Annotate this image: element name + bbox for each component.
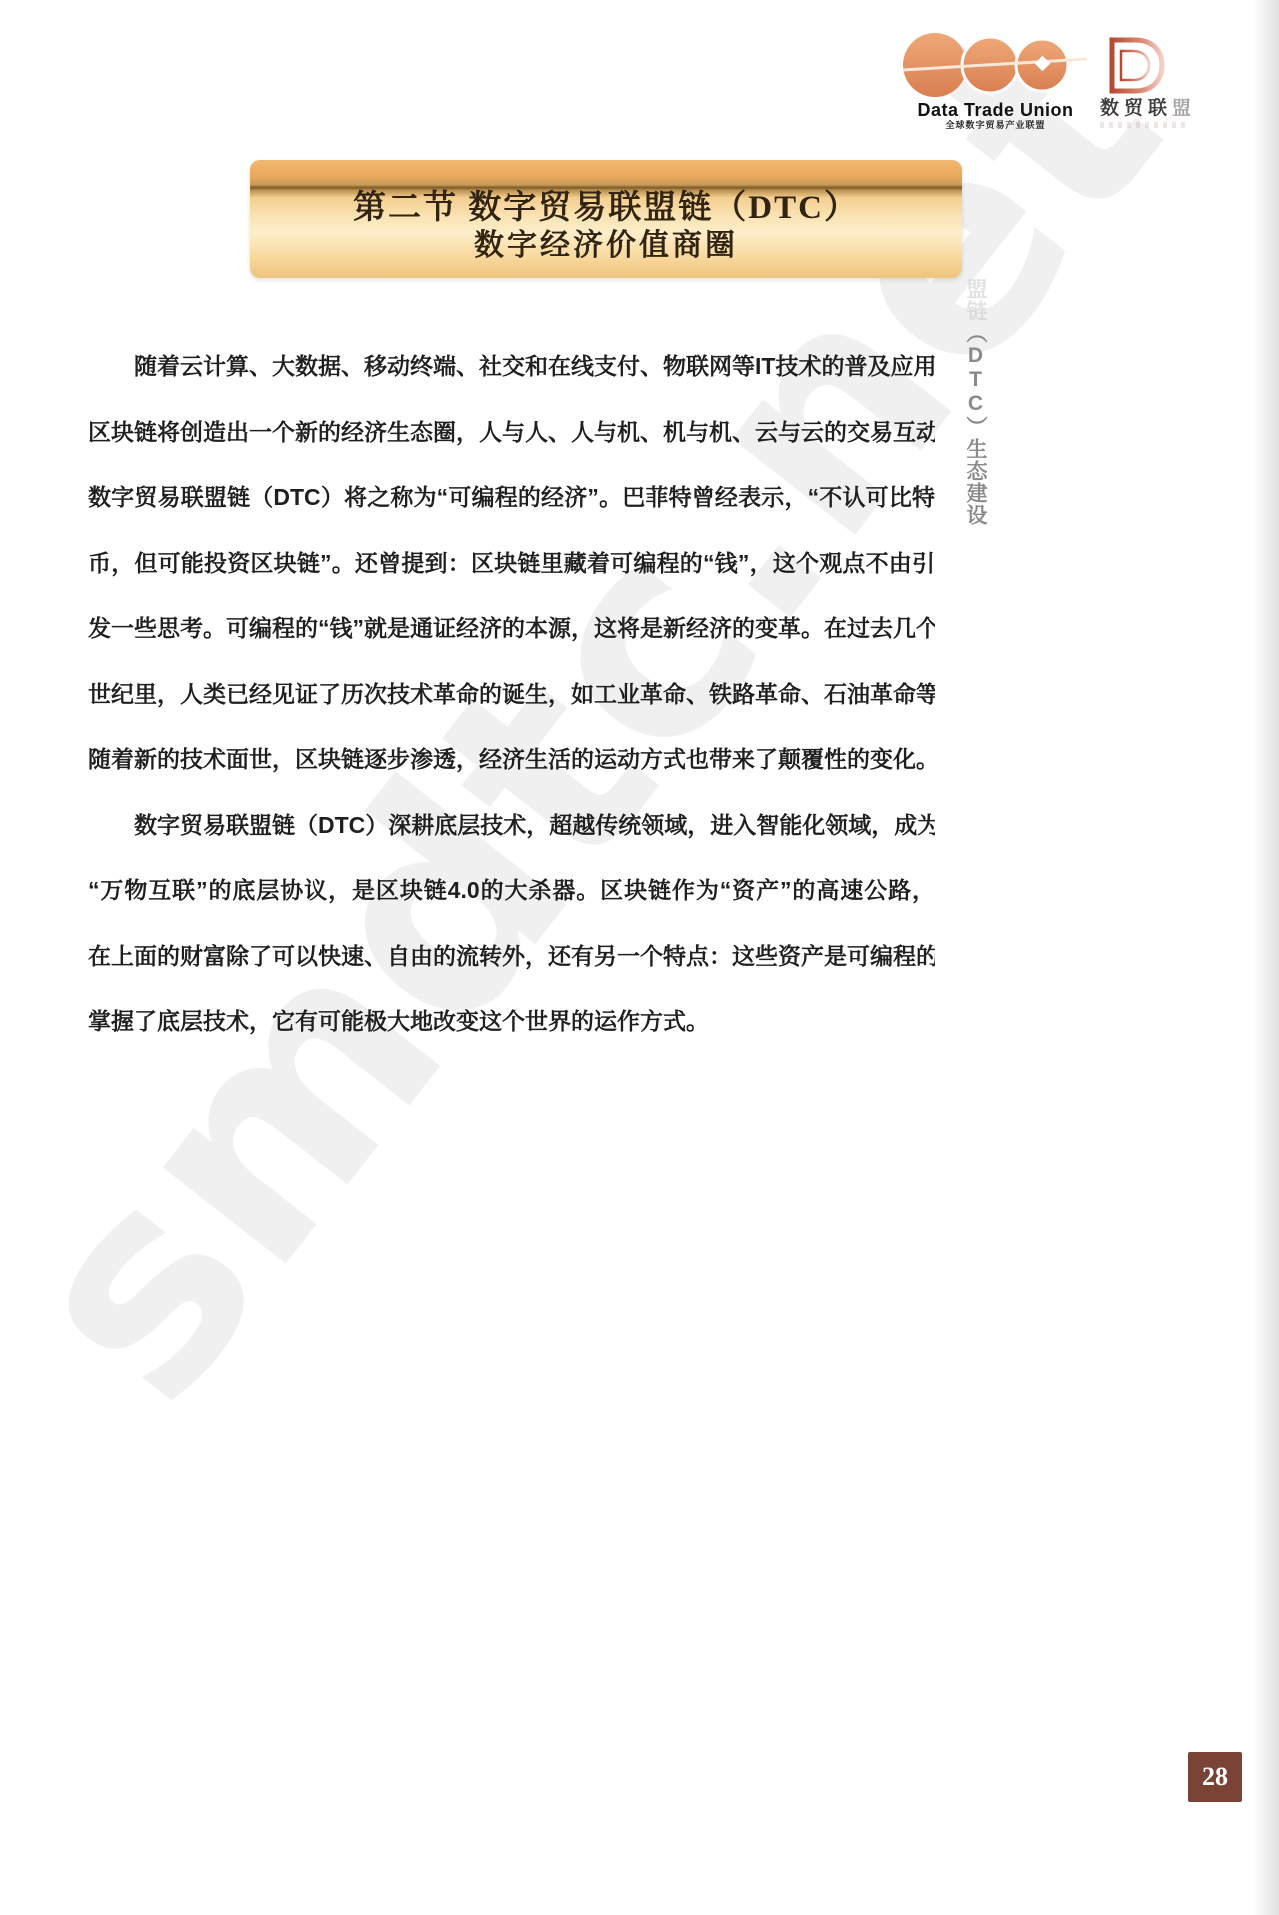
body-line: 数字贸易联盟链（DTC）将之称为“可编程的经济”。巴菲特曾经表示，“不认可比特: [88, 465, 935, 531]
body-line: 世纪里，人类已经见证了历次技术革命的诞生，如工业革命、铁路革命、石油革命等。: [88, 662, 935, 728]
body-line: “万物互联”的底层协议，是区块链4.0的大杀器。区块链作为“资产”的高速公路，: [88, 858, 935, 924]
dtu-logo-title: Data Trade Union: [893, 100, 1098, 120]
coins-chain-icon: [893, 30, 1098, 100]
body-line: 在上面的财富除了可以快速、自由的流转外，还有另一个特点：这些资产是可编程的。: [88, 924, 935, 990]
section-title-line1: 第二节 数字贸易联盟链（DTC）: [250, 160, 962, 227]
dtu-logo-subtitle: 全球数字贸易产业联盟: [893, 120, 1098, 131]
letter-d-icon: [1100, 34, 1230, 98]
body-line: 发一些思考。可编程的“钱”就是通证经济的本源，这将是新经济的变革。在过去几个: [88, 596, 935, 662]
body-line: 区块链将创造出一个新的经济生态圈，人与人、人与机、机与机、云与云的交易互动，: [88, 400, 935, 466]
shumao-union-logo: 数贸联盟: [1100, 34, 1230, 128]
section-title-banner: 第二节 数字贸易联盟链（DTC） 数字经济价值商圈: [250, 160, 962, 278]
body-line: 数字贸易联盟链（DTC）深耕底层技术，超越传统领域，进入智能化领域，成为: [88, 793, 935, 859]
chapter-side-label: 盟链（DTC）生态建设: [958, 278, 992, 528]
page-scan-edge: [1253, 0, 1279, 1915]
d-logo-subtitle-faded: [1100, 122, 1186, 128]
body-line: 掌握了底层技术，它有可能极大地改变这个世界的运作方式。: [88, 989, 935, 1055]
chapter-side-label-faded: 盟链: [964, 278, 987, 322]
body-line: 随着云计算、大数据、移动终端、社交和在线支付、物联网等IT技术的普及应用，: [88, 334, 935, 400]
d-logo-title: 数贸联盟: [1100, 98, 1230, 120]
body-text: 随着云计算、大数据、移动终端、社交和在线支付、物联网等IT技术的普及应用，区块链…: [88, 334, 935, 1055]
scanned-document-page: smdtc.net Data: [0, 0, 1279, 1915]
body-line: 随着新的技术面世，区块链逐步渗透，经济生活的运动方式也带来了颠覆性的变化。: [88, 727, 935, 793]
page-number-badge: 28: [1188, 1752, 1242, 1802]
body-line: 币，但可能投资区块链”。还曾提到：区块链里藏着可编程的“钱”，这个观点不由引: [88, 531, 935, 597]
section-title-line2: 数字经济价值商圈: [250, 227, 962, 265]
chapter-side-label-text: （DTC）生态建设: [964, 322, 987, 526]
data-trade-union-logo: Data Trade Union 全球数字贸易产业联盟: [893, 30, 1098, 131]
